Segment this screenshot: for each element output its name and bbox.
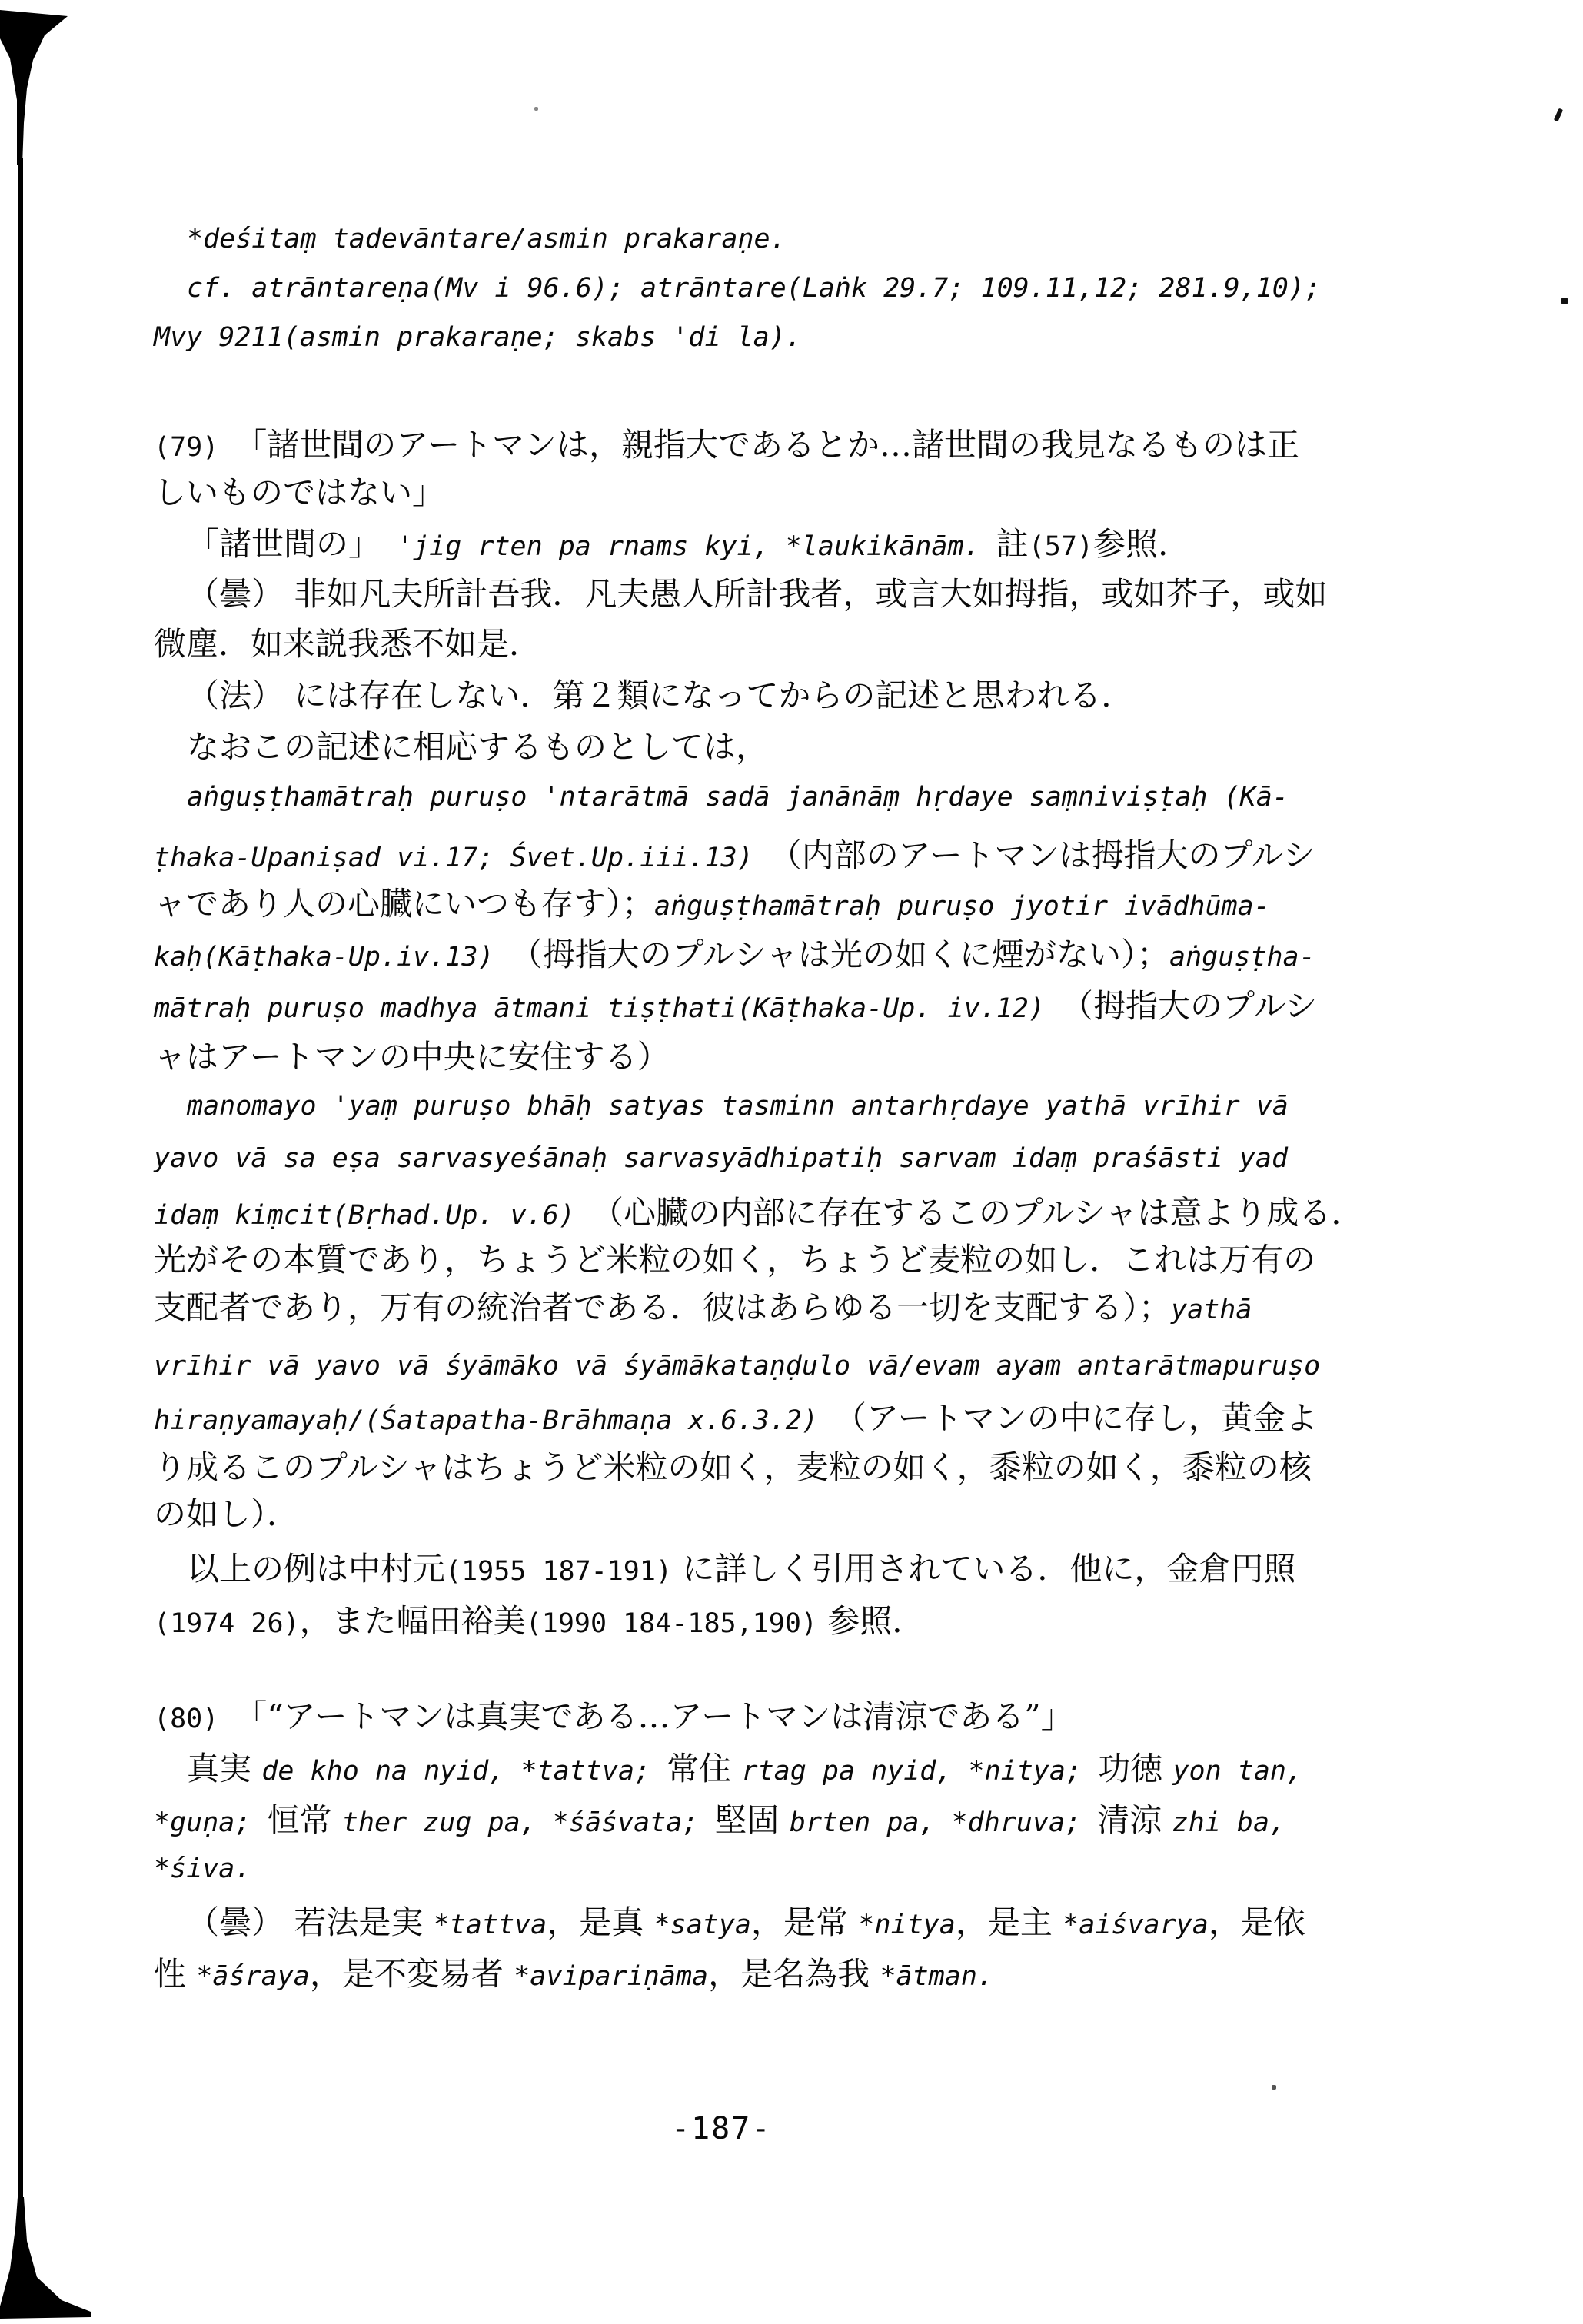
latin-italic-segment: yon tan, [1172,1756,1302,1787]
scan-artifact-left-edge [0,0,108,2324]
text-line: （曇） 非如凡夫所計吾我．凡夫愚人所計我者，或言大如拇指，或如芥子，或如 [187,577,1327,612]
latin-upright-segment: (1974 26) [154,1608,300,1639]
cjk-text-segment: ，是真 [547,1903,653,1941]
text-line: (79) 「諸世間のアートマンは，親指大であるとか…諸世間の我見なるものは正 [154,427,1299,463]
text-line: manomayo 'yaṃ puruṣo bhāḥ satyas tasminn… [187,1092,1289,1122]
scanned-page: *deśitaṃ tadevāntare/asmin prakaraṇe.cf.… [0,0,1583,2324]
latin-italic-segment: cf. atrāntareṇa(Mv i 96.6); atrāntare(La… [187,273,1321,304]
latin-italic-segment: vrīhir vā yavo vā śyāmāko vā śyāmākataṇḍ… [154,1351,1320,1381]
cjk-text-segment: 註 [996,525,1029,563]
text-line: (80) 「“アートマンは真実である…アートマンは清涼である”」 [154,1699,1073,1734]
latin-italic-segment: manomayo 'yaṃ puruṣo bhāḥ satyas tasminn… [187,1091,1289,1122]
cjk-text-segment: ャはアートマンの中央に安住する） [154,1038,670,1076]
text-line: り成るこのプルシャはちょうど米粒の如く，麦粒の如く，黍粒の如く，黍粒の核 [154,1450,1312,1485]
latin-italic-segment: ther zug pa, *śāśvata; [342,1807,715,1838]
cjk-text-segment: 恒常 [268,1801,342,1839]
text-line: ャはアートマンの中央に安住する） [154,1039,670,1075]
latin-italic-segment: hiraṇyamayaḥ/(Śatapatha-Brāhmaṇa x.6.3.2… [154,1405,834,1436]
cjk-text-segment: に詳しく引用されている．他に，金倉円照 [672,1550,1295,1588]
latin-upright-segment: (1990 184-185,190) [526,1608,817,1639]
cjk-text-segment: 「“アートマンは真実である…アートマンは清涼である”」 [218,1697,1073,1735]
scan-speck [1561,298,1568,304]
latin-italic-segment: yathā [1171,1295,1252,1325]
text-line: idaṃ kiṃcit(Bṛhad.Up. v.6) （心臓の内部に存在するこの… [154,1195,1363,1231]
cjk-text-segment: （心臓の内部に存在するこのプルシャは意より成る． [591,1194,1363,1232]
latin-italic-segment: aṅguṣṭha- [1169,942,1315,972]
cjk-text-segment: 功徳 [1098,1750,1172,1787]
text-line: (1974 26)，また幅田裕美(1990 184-185,190) 参照． [154,1604,924,1639]
text-line: kaḥ(Kāṭhaka-Up.iv.13) （拇指大のプルシャは光の如くに煙がな… [154,937,1315,972]
cjk-text-segment: ，是不変易者 [310,1955,514,1993]
text-line: 微塵．如来説我悉不如是． [154,627,541,662]
text-line: 光がその本質であり，ちょうど米粒の如く，ちょうど麦粒の如し．これは万有の [154,1242,1315,1278]
cjk-text-segment: 支配者であり，万有の統治者である．彼はあらゆる一切を支配する）； [154,1288,1171,1326]
cjk-text-segment: （法） には存在しない．第２類になってからの記述と思われる． [187,677,1133,714]
latin-upright-segment: (57) [1029,531,1093,562]
scan-speck [1272,2085,1276,2090]
latin-italic-segment: aṅguṣṭhamātraḥ puruṣo jyotir ivādhūma- [654,891,1270,922]
text-line: 支配者であり，万有の統治者である．彼はあらゆる一切を支配する）；yathā [154,1290,1252,1325]
latin-italic-segment: *ātman. [880,1961,993,1992]
latin-italic-segment: rtag pa nyid, *nitya; [742,1756,1099,1787]
cjk-text-segment: 参照. [1093,525,1168,563]
text-line: ṭhaka-Upaniṣad vi.17; Śvet.Up.iii.13) （内… [154,838,1315,873]
cjk-text-segment: しいものではない」 [154,474,444,511]
text-line: 性 *āśraya，是不変易者 *avipariṇāma，是名為我 *ātman… [154,1957,993,1992]
latin-italic-segment: Mvy 9211(asmin prakaraṇe; skabs 'di la). [154,322,802,353]
cjk-text-segment: ャであり人の心臓にいつも存す）； [154,885,654,923]
cjk-text-segment: ，是依 [1209,1903,1305,1941]
cjk-text-segment: 「諸世間のアートマンは，親指大であるとか…諸世間の我見なるものは正 [218,426,1299,464]
cjk-text-segment: 真実 [187,1750,261,1787]
text-line: （法） には存在しない．第２類になってからの記述と思われる． [187,678,1133,713]
cjk-text-segment: （曇） 若法是実 [187,1903,434,1941]
text-line: の如し）． [154,1497,299,1532]
latin-italic-segment: de kho na nyid, *tattva; [261,1756,667,1787]
cjk-text-segment: 以上の例は中村元 [187,1550,445,1588]
cjk-text-segment: （拇指大のプルシ [1061,987,1317,1025]
latin-italic-segment: aṅguṣṭhamātraḥ puruṣo 'ntarātmā sadā jan… [187,782,1289,813]
latin-italic-segment: zhi ba, [1172,1807,1286,1838]
latin-italic-segment: kaḥ(Kāṭhaka-Up.iv.13) [154,942,510,972]
latin-italic-segment: *aiśvarya [1063,1910,1209,1940]
text-line: *śiva. [154,1854,251,1884]
cjk-text-segment: り成るこのプルシャはちょうど米粒の如く，麦粒の如く，黍粒の如く，黍粒の核 [154,1448,1312,1486]
latin-italic-segment: *avipariṇāma [514,1961,708,1992]
cjk-text-segment: の如し）． [154,1495,299,1533]
text-line: yavo vā sa eṣa sarvasyeśānaḥ sarvasyādhi… [154,1144,1288,1174]
cjk-text-segment: なおこの記述に相応するものとしては， [187,728,768,766]
text-line: （曇） 若法是実 *tattva，是真 *satya，是常 *nitya，是主 … [187,1905,1305,1940]
cjk-text-segment: （曇） 非如凡夫所計吾我．凡夫愚人所計我者，或言大如拇指，或如芥子，或如 [187,575,1327,613]
text-line: *guṇa; 恒常 ther zug pa, *śāśvata; 堅固 brte… [154,1803,1285,1838]
cjk-text-segment: （拇指大のプルシャは光の如くに煙がない）； [510,936,1169,973]
text-line: vrīhir vā yavo vā śyāmāko vā śyāmākataṇḍ… [154,1352,1320,1381]
text-line: Mvy 9211(asmin prakaraṇe; skabs 'di la). [154,323,802,353]
cjk-text-segment: 「諸世間の」 [187,525,397,563]
cjk-text-segment: 参照． [817,1602,924,1640]
text-line: hiraṇyamayaḥ/(Śatapatha-Brāhmaṇa x.6.3.2… [154,1401,1318,1436]
cjk-text-segment: 清涼 [1097,1801,1172,1839]
page-number: -187- [671,2111,771,2146]
latin-upright-segment: (80) [154,1704,218,1734]
latin-italic-segment: 'jig rten pa rnams kyi, *laukikānām. [397,531,996,562]
latin-italic-segment: *deśitaṃ tadevāntare/asmin prakaraṇe. [187,224,787,254]
cjk-text-segment: ，是主 [956,1903,1063,1941]
cjk-text-segment: ，また幅田裕美 [300,1602,526,1640]
latin-italic-segment: *tattva [434,1910,547,1940]
text-line: なおこの記述に相応するものとしては， [187,730,768,765]
scan-speck [1554,108,1563,122]
text-line: しいものではない」 [154,475,444,510]
cjk-text-segment: 常住 [667,1750,741,1787]
latin-italic-segment: *āśraya [196,1961,310,1992]
text-line: mātraḥ puruṣo madhya ātmani tiṣṭhati(Kāṭ… [154,989,1317,1024]
latin-italic-segment: yavo vā sa eṣa sarvasyeśānaḥ sarvasyādhi… [154,1143,1288,1174]
latin-italic-segment: brten pa, *dhruva; [790,1807,1097,1838]
latin-italic-segment: *śiva. [154,1854,251,1884]
text-line: 以上の例は中村元(1955 187-191) に詳しく引用されている．他に，金倉… [187,1551,1295,1587]
latin-italic-segment: idaṃ kiṃcit(Bṛhad.Up. v.6) [154,1200,591,1231]
cjk-text-segment: （内部のアートマンは拇指大のプルシ [770,836,1315,874]
latin-italic-segment: *nitya [858,1910,955,1940]
latin-italic-segment: *guṇa; [154,1807,268,1838]
text-line: ャであり人の心臓にいつも存す）；aṅguṣṭhamātraḥ puruṣo jy… [154,886,1270,922]
text-line: cf. atrāntareṇa(Mv i 96.6); atrāntare(La… [187,274,1321,304]
text-line: 真実 de kho na nyid, *tattva; 常住 rtag pa n… [187,1751,1302,1787]
cjk-text-segment: ，是名為我 [708,1955,880,1993]
latin-italic-segment: *satya [654,1910,751,1940]
latin-italic-segment: mātraḥ puruṣo madhya ātmani tiṣṭhati(Kāṭ… [154,993,1061,1024]
text-line: 「諸世間の」 'jig rten pa rnams kyi, *laukikān… [187,527,1168,562]
cjk-text-segment: 微塵．如来説我悉不如是． [154,625,541,663]
scan-speck [534,107,538,111]
text-line: *deśitaṃ tadevāntare/asmin prakaraṇe. [187,224,787,254]
cjk-text-segment: 性 [154,1955,196,1993]
text-line: aṅguṣṭhamātraḥ puruṣo 'ntarātmā sadā jan… [187,783,1289,813]
cjk-text-segment: 堅固 [715,1801,790,1839]
latin-upright-segment: (1955 187-191) [445,1556,672,1587]
latin-upright-segment: (79) [154,432,218,463]
cjk-text-segment: 光がその本質であり，ちょうど米粒の如く，ちょうど麦粒の如し．これは万有の [154,1241,1315,1278]
latin-italic-segment: ṭhaka-Upaniṣad vi.17; Śvet.Up.iii.13) [154,843,770,873]
cjk-text-segment: （アートマンの中に存し，黄金よ [834,1399,1318,1437]
cjk-text-segment: ，是常 [751,1903,858,1941]
